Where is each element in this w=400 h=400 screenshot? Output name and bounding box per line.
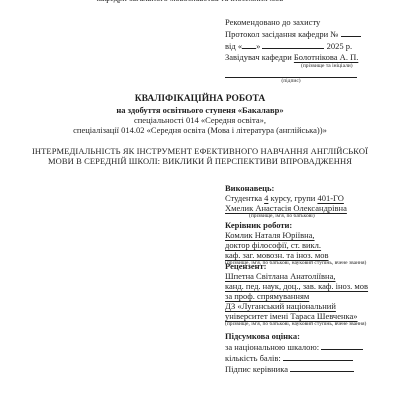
approval-head-label: Завідувач кафедри	[225, 52, 292, 62]
date-month-blank	[262, 40, 324, 49]
executor-student-line: Студентка 4 курсу, групи 401-ГО	[225, 193, 385, 203]
reviewer-university-line2: університет імені Тараса Шевченка»	[225, 311, 385, 321]
approval-protocol-label: Протокол засідання кафедри №	[225, 29, 338, 39]
thesis-title-line1: ІНТЕРМЕДІАЛЬНІСТЬ ЯК ІНСТРУМЕНТ ЕФЕКТИВН…	[0, 146, 400, 156]
approval-block: Рекомендовано до захисту Протокол засіда…	[225, 17, 365, 85]
student-course: 4	[264, 193, 268, 203]
degree-block: КВАЛІФІКАЦІЙНА РОБОТА на здобуття освітн…	[0, 94, 400, 135]
specialty-line: спеціальності 014 «Середня освіта»,	[0, 115, 400, 125]
approval-recommended: Рекомендовано до захисту	[225, 17, 365, 28]
reviewer-caption: (прізвище, ім'я, по батькові, науковий с…	[225, 321, 385, 328]
approval-date-quote: »	[256, 41, 260, 51]
executor-heading: Виконавець:	[225, 183, 385, 193]
approval-protocol: Протокол засідання кафедри №	[225, 28, 365, 40]
supervisor-heading: Керівник роботи:	[225, 220, 385, 230]
clipped-department-line: кафедри загального мовознавства та інозе…	[0, 0, 380, 3]
reviewer-profile: за проф. спрямуванням	[225, 291, 385, 301]
executor-block: Виконавець: Студентка 4 курсу, групи 401…	[225, 183, 385, 221]
specialization-line: спеціалізації 014.02 «Середня освіта (Мо…	[0, 125, 400, 135]
degree-subtitle: на здобуття освітнього ступеня «Бакалавр…	[0, 105, 400, 115]
supervisor-department: каф. заг. мовозн. та іноз. мов	[225, 250, 385, 260]
executor-caption: (прізвище, ім'я, по батькові)	[249, 213, 385, 220]
final-grade-block: Підсумкова оцінка: за національною шкало…	[225, 331, 385, 374]
approval-date-prefix: від «	[225, 41, 242, 51]
head-name-caption: (прізвище та ініціали)	[301, 63, 365, 70]
signature-caption: (підпис)	[225, 78, 357, 85]
protocol-number-blank	[341, 28, 361, 37]
date-day-blank	[242, 40, 256, 49]
reviewer-heading: Рецензент:	[225, 261, 385, 271]
thesis-title: ІНТЕРМЕДІАЛЬНІСТЬ ЯК ІНСТРУМЕНТ ЕФЕКТИВН…	[0, 146, 400, 166]
grade-points: кількість балів:	[225, 352, 385, 363]
reviewer-name: Шпетна Світлана Анатоліївна,	[225, 271, 385, 281]
reviewer-block: Рецензент: Шпетна Світлана Анатоліївна, …	[225, 261, 385, 328]
supervisor-degree: доктор філософії, ст. викл.	[225, 240, 385, 250]
grade-national-scale: за національною шкалою:	[225, 341, 385, 352]
grade-signature-blank	[290, 363, 354, 372]
department-head-name: Болотнікова А. П.	[294, 52, 358, 62]
approval-head: Завідувач кафедри Болотнікова А. П.	[225, 52, 365, 63]
student-name: Хмелик Анастасія Олександрівна	[225, 203, 385, 213]
national-scale-label: за національною шкалою:	[225, 342, 319, 352]
student-group: 401-ГО	[317, 193, 343, 203]
student-course-suffix: курсу, групи	[271, 193, 316, 203]
student-prefix: Студентка	[225, 193, 262, 203]
supervisor-name: Комлик Наталя Юріївна,	[225, 230, 385, 240]
supervisor-block: Керівник роботи: Комлик Наталя Юріївна, …	[225, 220, 385, 267]
national-scale-blank	[321, 341, 363, 350]
thesis-title-page: кафедри загального мовознавства та інозе…	[0, 0, 400, 400]
thesis-title-line2: МОВИ В СЕРЕДНІЙ ШКОЛІ: ВИКЛИКИ Й ПЕРСПЕК…	[0, 156, 400, 166]
work-type-title: КВАЛІФІКАЦІЙНА РОБОТА	[0, 94, 400, 105]
approval-date: від «» 2025 р.	[225, 40, 365, 52]
grade-heading: Підсумкова оцінка:	[225, 331, 385, 341]
signature-label: Підпис керівника	[225, 364, 288, 374]
points-blank	[283, 352, 353, 361]
approval-date-year: 2025 р.	[327, 41, 353, 51]
reviewer-degree: канд. пед. наук, доц., зав. каф. іноз. м…	[225, 281, 385, 291]
reviewer-university-line1: ДЗ «Луганський національний	[225, 301, 385, 311]
grade-signature: Підпис керівника	[225, 363, 385, 374]
points-label: кількість балів:	[225, 353, 281, 363]
